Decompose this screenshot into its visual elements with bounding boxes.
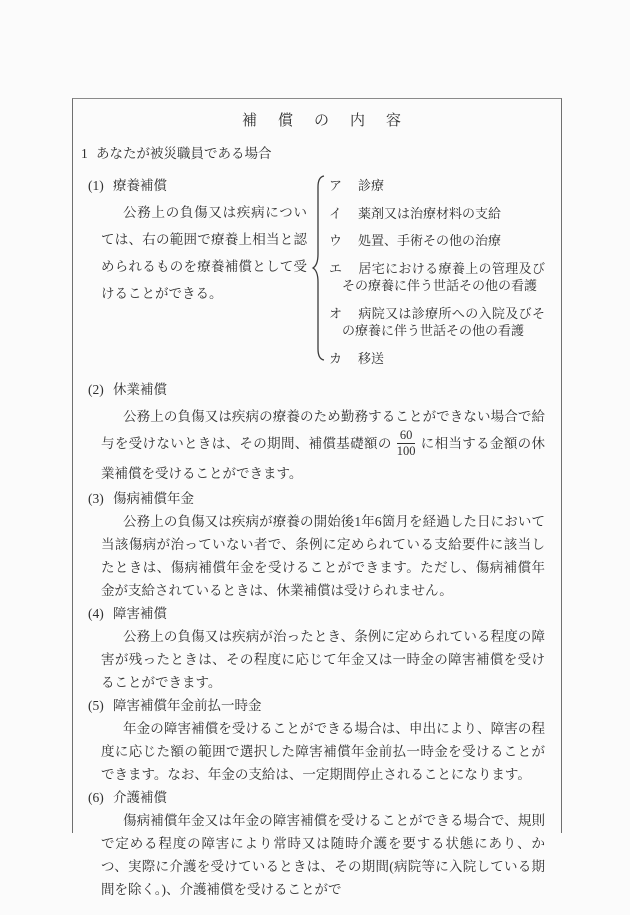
list-item-label: オ (329, 305, 358, 323)
item-body: 年金の障害補償を受けることができる場合は、申出により、障害の程度に応じた額の範囲… (101, 717, 545, 786)
item-title: 介護補償 (113, 790, 167, 805)
list-item-label: エ (329, 260, 358, 278)
item-body: 公務上の負傷又は疾病が治ったとき、条例に定められている程度の障害が残ったときは、… (101, 625, 545, 694)
item-number: (1) (88, 173, 113, 199)
item-title: 療養補償 (113, 178, 167, 193)
fraction-denominator: 100 (397, 444, 416, 458)
list-item-label: カ (329, 350, 358, 368)
item-left-column: (1)療養補償 公務上の負傷又は疾病については、右の範囲で療養上相当と認められる… (101, 173, 307, 377)
item-header: (1)療養補償 (88, 173, 307, 199)
list-item-label: ア (329, 177, 358, 195)
item-body: 公務上の負傷又は疾病の療養のため勤務することができない場合で給与を受けないときは… (101, 403, 545, 487)
item-header: (4)障害補償 (88, 602, 545, 625)
fraction: 60100 (397, 429, 416, 458)
item-number: (4) (88, 602, 113, 625)
compensation-item-medical: (1)療養補償 公務上の負傷又は疾病については、右の範囲で療養上相当と認められる… (101, 173, 545, 377)
list-item: エ居宅における療養上の管理及びその療養に伴う世話その他の看護 (329, 260, 545, 295)
item-header: (6)介護補償 (88, 786, 545, 809)
item-number: (5) (88, 694, 113, 717)
section-title: あなたが被災職員である場合 (96, 146, 272, 161)
item-header: (2)休業補償 (88, 377, 545, 403)
item-number: (2) (88, 377, 113, 403)
compensation-item-nursing-care: (6)介護補償 傷病補償年金又は年金の障害補償を受けることができる場合で、規則で… (101, 786, 545, 901)
item-title: 傷病補償年金 (113, 491, 194, 506)
item-title: 障害補償年金前払一時金 (113, 698, 262, 713)
list-item-text: 移送 (358, 351, 384, 366)
list-item-text: 薬剤又は治療材料の支給 (358, 206, 501, 221)
compensation-item-disability: (4)障害補償 公務上の負傷又は疾病が治ったとき、条例に定められている程度の障害… (101, 602, 545, 694)
document-frame: 補 償 の 内 容 1あなたが被災職員である場合 (1)療養補償 公務上の負傷又… (72, 98, 562, 833)
compensation-item-leave: (2)休業補償 公務上の負傷又は疾病の療養のため勤務することができない場合で給与… (101, 377, 545, 487)
list-item: ウ処置、手術その他の治療 (329, 232, 545, 250)
item-body: 傷病補償年金又は年金の障害補償を受けることができる場合で、規則で定める程度の障害… (101, 809, 545, 901)
list-item-text: 居宅における療養上の管理及びその療養に伴う世話その他の看護 (342, 261, 545, 294)
item-title: 休業補償 (113, 382, 167, 397)
doc-title: 補 償 の 内 容 (101, 109, 545, 133)
fraction-numerator: 60 (397, 429, 416, 444)
item-header: (3)傷病補償年金 (88, 487, 545, 510)
list-item: カ移送 (329, 350, 545, 368)
item-number: (3) (88, 487, 113, 510)
list-item-label: イ (329, 205, 358, 223)
page: 補 償 の 内 容 1あなたが被災職員である場合 (1)療養補償 公務上の負傷又… (0, 0, 630, 915)
list-item: ア診療 (329, 177, 545, 195)
medical-care-list: ア診療 イ薬剤又は治療材料の支給 ウ処置、手術その他の治療 エ居宅における療養上… (329, 173, 545, 377)
list-item-text: 処置、手術その他の治療 (358, 233, 501, 248)
item-number: (6) (88, 786, 113, 809)
list-item-label: ウ (329, 232, 358, 250)
brace-icon (311, 173, 327, 377)
compensation-item-lump-sum: (5)障害補償年金前払一時金 年金の障害補償を受けることができる場合は、申出によ… (101, 694, 545, 786)
item-title: 障害補償 (113, 606, 167, 621)
list-item: オ病院又は診療所への入院及びその療養に伴う世話その他の看護 (329, 305, 545, 340)
list-item: イ薬剤又は治療材料の支給 (329, 205, 545, 223)
list-item-text: 病院又は診療所への入院及びその療養に伴う世話その他の看護 (342, 306, 545, 339)
list-item-text: 診療 (358, 178, 384, 193)
compensation-item-injury-pension: (3)傷病補償年金 公務上の負傷又は疾病が療養の開始後1年6箇月を経過した日にお… (101, 487, 545, 602)
item-header: (5)障害補償年金前払一時金 (88, 694, 545, 717)
section-heading: 1あなたが被災職員である場合 (81, 141, 545, 167)
item-body: 公務上の負傷又は疾病については、右の範囲で療養上相当と認められるものを療養補償と… (101, 199, 307, 307)
section-number: 1 (81, 141, 96, 167)
item-body: 公務上の負傷又は疾病が療養の開始後1年6箇月を経過した日において当該傷病が治って… (101, 510, 545, 602)
